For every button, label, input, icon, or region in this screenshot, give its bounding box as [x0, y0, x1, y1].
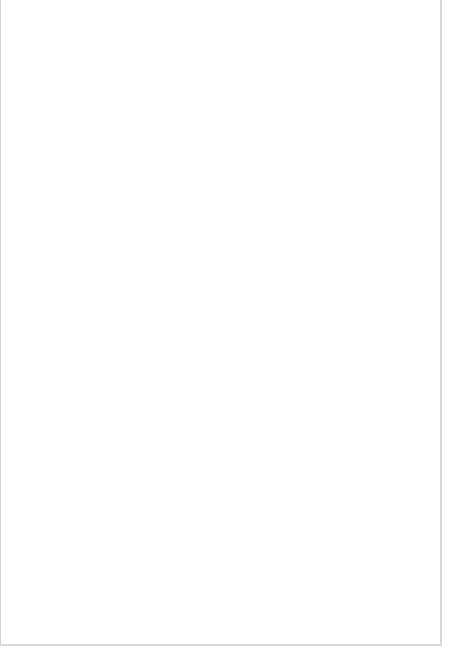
page-content — [1, 0, 440, 46]
document-page — [0, 0, 442, 646]
